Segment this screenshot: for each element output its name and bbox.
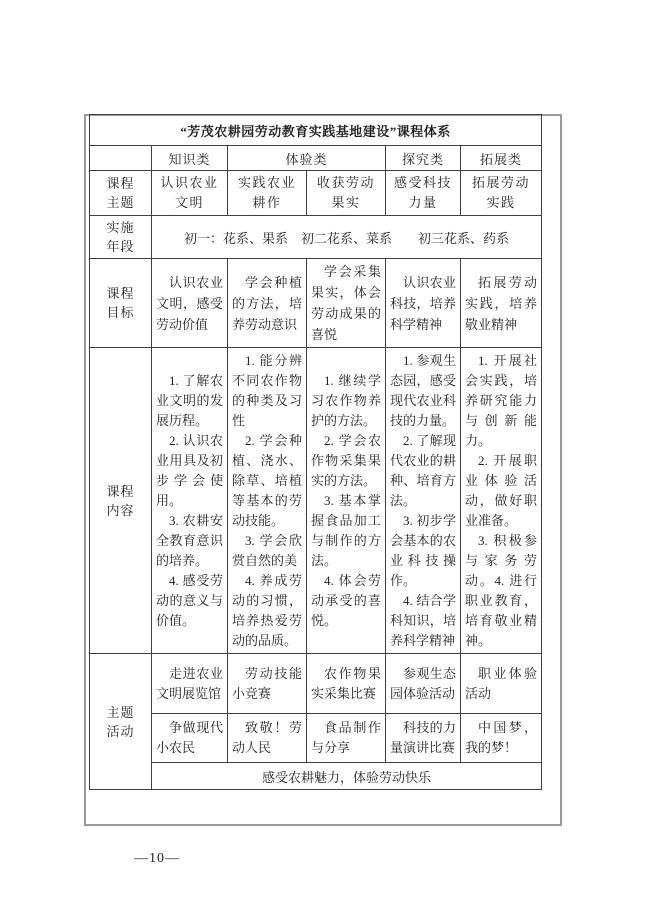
content-row: 课程 内容 1. 了解农业文明的发展历程。 2. 认识农业用具及初步学会使用。 … xyxy=(90,348,542,654)
stage-row-label: 实施 年段 xyxy=(90,216,152,259)
theme-cell: 认识农业 文明 xyxy=(152,171,228,216)
content-item: 2. 认识农业用具及初步学会使用。 xyxy=(156,431,223,511)
theme-row-label: 课程 主题 xyxy=(90,171,152,216)
goal-row: 课程 目标 认识农业文明，感受劳动价值 学会种植的方法，培养劳动意识 学会采集果… xyxy=(90,259,542,348)
theme-cell: 收获劳动 果实 xyxy=(307,171,386,216)
content-item: 2. 学会农作物采集果实的方法。 xyxy=(311,431,381,491)
goal-cell: 学会种植的方法，培养劳动意识 xyxy=(228,259,307,348)
activity-text: 争做现代小农民 xyxy=(156,718,223,758)
goal-cell: 认识农业科技，培养科学精神 xyxy=(386,259,461,348)
activity-cell: 科技的力量演讲比赛 xyxy=(386,714,461,763)
content-item: 4. 养成劳动的习惯，培养热爱劳动的品质。 xyxy=(232,571,302,651)
content-item: 1. 能分辨不同农作物的种类及习性 xyxy=(232,351,302,431)
activity-cell: 致敬！劳动人民 xyxy=(228,714,307,763)
stage-row: 实施 年段 初一：花系、果系 初二花系、菜系 初三花系、药系 xyxy=(90,216,542,259)
title-row: “芳茂农耕园劳动教育实践基地建设”课程体系 xyxy=(90,115,542,146)
course-system-table: “芳茂农耕园劳动教育实践基地建设”课程体系 知识类 体验类 探究类 拓展类 课程… xyxy=(89,114,542,790)
activity-summary-row: 感受农耕魅力，体验劳动快乐 xyxy=(90,763,542,790)
activity-row-primary: 主题 活动 走进农业文明展览馆 劳动技能小竞赛 农作物果实采集比赛 参观生态园体… xyxy=(90,654,542,714)
content-item: 4. 结合学科知识，培养科学精神 xyxy=(390,591,456,651)
goal-cell: 拓展劳动实践，培养敬业精神 xyxy=(461,259,542,348)
content-cell: 1. 了解农业文明的发展历程。 2. 认识农业用具及初步学会使用。 3. 农耕安… xyxy=(152,348,228,654)
activity-cell: 争做现代小农民 xyxy=(152,714,228,763)
page-number: —10— xyxy=(134,851,180,867)
content-item: 3. 农耕安全教育意识的培养。 xyxy=(156,511,223,571)
content-item: 1. 继续学习农作物养护的方法。 xyxy=(311,371,381,431)
theme-cell: 拓展劳动 实践 xyxy=(461,171,542,216)
category-knowledge: 知识类 xyxy=(152,146,228,171)
activity-cell: 参观生态园体验活动 xyxy=(386,654,461,714)
activity-text: 农作物果实采集比赛 xyxy=(311,664,381,704)
activity-cell: 农作物果实采集比赛 xyxy=(307,654,386,714)
activity-text: 劳动技能小竞赛 xyxy=(232,664,302,704)
theme-row: 课程 主题 认识农业 文明 实践农业 耕作 收获劳动 果实 感受科技 力量 拓展… xyxy=(90,171,542,216)
activity-row-secondary: 争做现代小农民 致敬！劳动人民 食品制作与分享 科技的力量演讲比赛 中国梦，我的… xyxy=(90,714,542,763)
content-item: 2. 了解现代农业的耕种、培育方法。 xyxy=(390,431,456,511)
document-page: “芳茂农耕园劳动教育实践基地建设”课程体系 知识类 体验类 探究类 拓展类 课程… xyxy=(0,0,650,919)
activity-text: 职业体验活动 xyxy=(465,664,537,704)
goal-cell: 学会采集果实，体会劳动成果的喜悦 xyxy=(307,259,386,348)
theme-cell: 感受科技 力量 xyxy=(386,171,461,216)
activity-text: 食品制作与分享 xyxy=(311,718,381,758)
content-item: 2. 开展职业体验活动，做好职业准备。 xyxy=(465,451,537,531)
activity-cell: 中国梦，我的梦！ xyxy=(461,714,542,763)
activity-text: 科技的力量演讲比赛 xyxy=(390,718,456,758)
category-expand: 拓展类 xyxy=(461,146,542,171)
content-cell: 1. 开展社会实践，培养研究能力与创新能力。 2. 开展职业体验活动，做好职业准… xyxy=(461,348,542,654)
table-title: “芳茂农耕园劳动教育实践基地建设”课程体系 xyxy=(90,115,542,146)
content-item: 3. 积极参与家务劳动。4. 进行职业教育，培育敬业精神。 xyxy=(465,531,537,651)
content-item: 3. 学会欣赏自然的美 xyxy=(232,531,302,571)
content-item: 3. 初步学会基本的农业科技操作。 xyxy=(390,511,456,591)
content-item: 1. 参观生态园，感受现代农业科技的力量。 xyxy=(390,351,456,431)
activity-text: 致敬！劳动人民 xyxy=(232,718,302,758)
activity-cell: 走进农业文明展览馆 xyxy=(152,654,228,714)
activity-text: 中国梦，我的梦！ xyxy=(465,718,537,758)
category-header-row: 知识类 体验类 探究类 拓展类 xyxy=(90,146,542,171)
goal-row-label: 课程 目标 xyxy=(90,259,152,348)
content-cell: 1. 能分辨不同农作物的种类及习性 2. 学会种植、浇水、除草、培植等基本的劳动… xyxy=(228,348,307,654)
activity-text: 走进农业文明展览馆 xyxy=(156,664,223,704)
content-item: 1. 了解农业文明的发展历程。 xyxy=(156,371,223,431)
content-item: 4. 体会劳动承受的喜悦。 xyxy=(311,571,381,631)
theme-cell: 实践农业 耕作 xyxy=(228,171,307,216)
category-experience: 体验类 xyxy=(228,146,386,171)
activity-summary-cell: 感受农耕魅力，体验劳动快乐 xyxy=(152,763,542,790)
activity-row-label: 主题 活动 xyxy=(90,654,152,790)
stage-value: 初一：花系、果系 初二花系、菜系 初三花系、药系 xyxy=(152,216,542,259)
content-cell: 1. 参观生态园，感受现代农业科技的力量。 2. 了解现代农业的耕种、培育方法。… xyxy=(386,348,461,654)
activity-cell: 劳动技能小竞赛 xyxy=(228,654,307,714)
activity-cell: 食品制作与分享 xyxy=(307,714,386,763)
category-inquiry: 探究类 xyxy=(386,146,461,171)
goal-cell: 认识农业文明，感受劳动价值 xyxy=(152,259,228,348)
content-item: 3. 基本掌握食品加工与制作的方法。 xyxy=(311,491,381,571)
content-item: 1. 开展社会实践，培养研究能力与创新能力。 xyxy=(465,351,537,451)
content-item: 4. 感受劳动的意义与价值。 xyxy=(156,571,223,631)
content-item: 2. 学会种植、浇水、除草、培植等基本的劳动技能。 xyxy=(232,431,302,531)
content-row-label: 课程 内容 xyxy=(90,348,152,654)
activity-cell: 职业体验活动 xyxy=(461,654,542,714)
activity-text: 参观生态园体验活动 xyxy=(390,664,456,704)
category-blank-cell xyxy=(90,146,152,171)
content-cell: 1. 继续学习农作物养护的方法。 2. 学会农作物采集果实的方法。 3. 基本掌… xyxy=(307,348,386,654)
